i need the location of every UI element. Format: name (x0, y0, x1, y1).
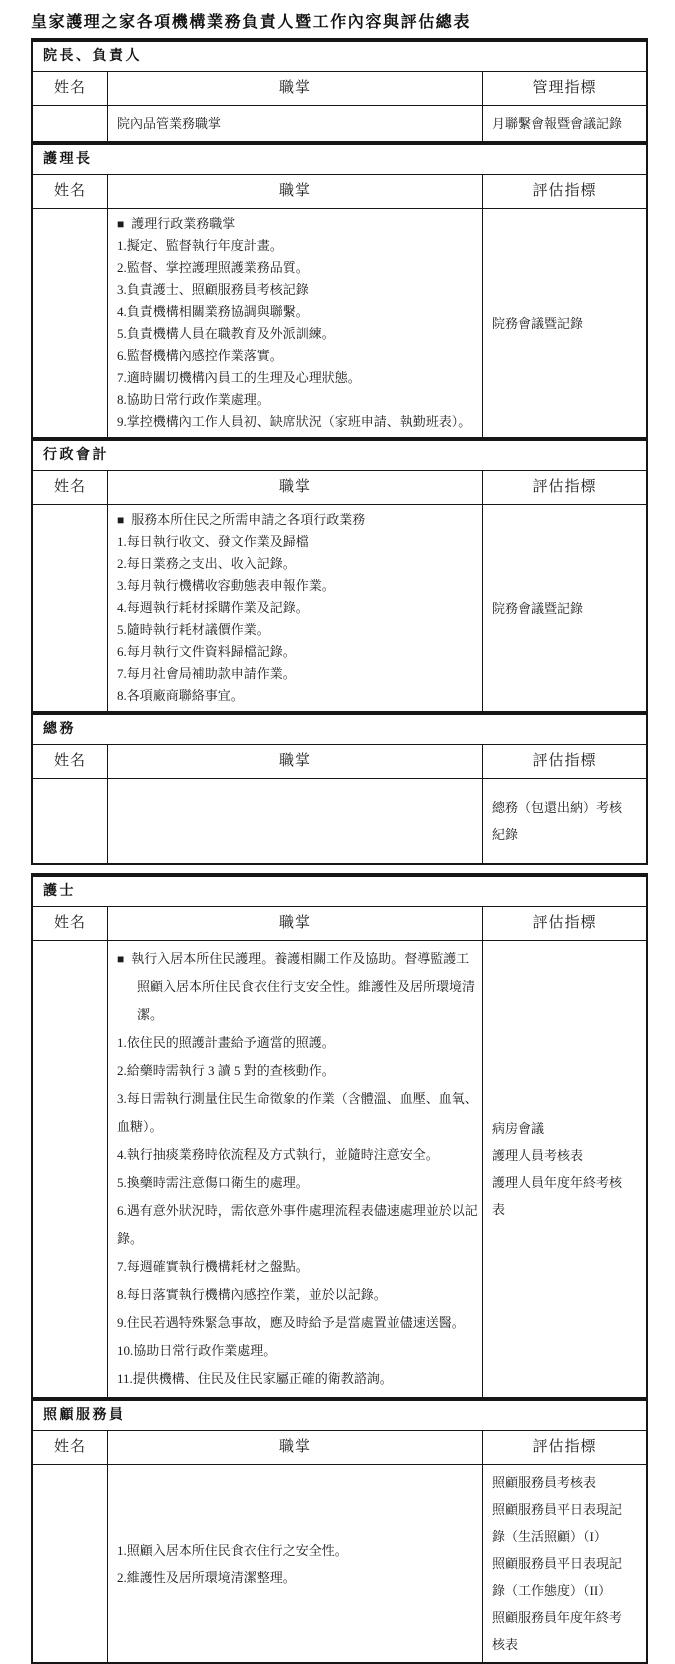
duty-lead-text: 服務本所住民之所需申請之各項行政業務 (131, 512, 365, 527)
duty-cell: ■護理行政業務職掌 1.擬定、監督執行年度計畫。2.監督、掌控護理照護業務品質。… (108, 209, 483, 437)
duty-lead: ■執行入居本所住民護理。養護相關工作及協助。督導監護工照顧入居本所住民食衣住行支… (117, 945, 480, 1029)
duty-item: 3.負責護士、照顧服務員考核記錄 (117, 279, 480, 301)
duty-item: 10.協助日常行政作業處理。 (117, 1337, 480, 1365)
duty-item: 6.每月執行文件資料歸檔記錄。 (117, 641, 480, 663)
table-row: ■執行入居本所住民護理。養護相關工作及協助。督導監護工照顧入居本所住民食衣住行支… (33, 941, 646, 1397)
duty-item: 8.各項廠商聯絡事宜。 (117, 685, 480, 707)
name-cell (33, 106, 108, 141)
section-general-affairs: 總務 姓名 職掌 評估指標 ■ 總務（包還出納）考核紀錄 (31, 711, 648, 865)
duty-item: 4.執行抽痰業務時依流程及方式執行，並隨時注意安全。 (117, 1141, 480, 1169)
metric-item: 月聯繫會報暨會議記錄 (492, 110, 632, 137)
section-title: 護理長 (33, 145, 646, 175)
header-name: 姓名 (33, 1431, 108, 1465)
bullet-square-icon: ■ (117, 952, 124, 966)
duty-item: 7.適時關切機構內員工的生理及心理狀態。 (117, 367, 480, 389)
duty-item: 3.每月執行機構收容動態表申報作業。 (117, 575, 480, 597)
duty-item: 4.每週執行耗材採購作業及記錄。 (117, 597, 480, 619)
duty-item: 2.維護性及居所環境清潔整理。 (117, 1564, 480, 1591)
metric-list: 院務會議暨記錄 (492, 310, 632, 337)
duty-item: 8.每日落實執行機構內感控作業，並於以記錄。 (117, 1281, 480, 1309)
section-title: 照顧服務員 (33, 1401, 646, 1431)
duty-item: 9.掌控機構內工作人員初、缺席狀況（家班申請、執勤班表）。 (117, 411, 480, 433)
duty-item: 6.遇有意外狀況時，需依意外事件處理流程表儘速處理並於以記錄。 (117, 1197, 480, 1253)
duty-cell: ■ (108, 779, 483, 863)
header-name: 姓名 (33, 72, 108, 106)
duty-cell: ■服務本所住民之所需申請之各項行政業務 1.每日執行收文、發文作業及歸檔2.每日… (108, 505, 483, 711)
duty-list: 院內品管業務職掌 (117, 112, 480, 136)
header-row: 姓名 職掌 管理指標 (33, 72, 646, 106)
duty-cell: ■ 院內品管業務職掌 (108, 106, 483, 141)
metric-item: 院務會議暨記錄 (492, 310, 632, 337)
header-metric: 管理指標 (483, 72, 646, 106)
section-title: 總務 (33, 715, 646, 745)
metric-list: 總務（包還出納）考核紀錄 (492, 794, 632, 848)
metric-cell: 院務會議暨記錄 (483, 505, 646, 711)
table-row: ■護理行政業務職掌 1.擬定、監督執行年度計畫。2.監督、掌控護理照護業務品質。… (33, 209, 646, 437)
duty-item: 4.負責機構相關業務協調與聯繫。 (117, 301, 480, 323)
metric-item: 照顧服務員平日表現記錄（生活照顧）（I） (492, 1496, 632, 1550)
duty-lead: ■護理行政業務職掌 (117, 213, 480, 235)
header-metric: 評估指標 (483, 907, 646, 941)
header-duty: 職掌 (108, 907, 483, 941)
duty-item: 2.每日業務之支出、收入記錄。 (117, 553, 480, 575)
header-name: 姓名 (33, 907, 108, 941)
header-name: 姓名 (33, 471, 108, 505)
header-row: 姓名 職掌 評估指標 (33, 745, 646, 779)
header-row: 姓名 職掌 評估指標 (33, 907, 646, 941)
section-director: 院長、負責人 姓名 職掌 管理指標 ■ 院內品管業務職掌 月聯繫會報暨會議記錄 (31, 38, 648, 141)
duty-item: 3.每日需執行測量住民生命徵象的作業（含體溫、血壓、血氧、血糖）。 (117, 1085, 480, 1141)
duty-item: 1.擬定、監督執行年度計畫。 (117, 235, 480, 257)
metric-list: 照顧服務員考核表照顧服務員平日表現記錄（生活照顧）（I）照顧服務員平日表現記錄（… (492, 1469, 632, 1658)
section-head-nurse: 護理長 姓名 職掌 評估指標 ■護理行政業務職掌 1.擬定、監督執行年度計畫。2… (31, 141, 648, 437)
metric-cell: 病房會議護理人員考核表護理人員年度年終考核表 (483, 941, 646, 1397)
document-page: 皇家護理之家各項機構業務負責人暨工作內容與評估總表 院長、負責人 姓名 職掌 管… (0, 0, 675, 1664)
header-duty: 職掌 (108, 1431, 483, 1465)
metric-item: 護理人員年度年終考核表 (492, 1169, 632, 1223)
duty-cell: ■執行入居本所住民護理。養護相關工作及協助。督導監護工照顧入居本所住民食衣住行支… (108, 941, 483, 1397)
duty-list: 1.擬定、監督執行年度計畫。2.監督、掌控護理照護業務品質。3.負責護士、照顧服… (117, 235, 480, 433)
duty-item: 7.每月社會局補助款申請作業。 (117, 663, 480, 685)
table-row: ■服務本所住民之所需申請之各項行政業務 1.每日執行收文、發文作業及歸檔2.每日… (33, 505, 646, 711)
metric-item: 照顧服務員平日表現記錄（工作態度）（II） (492, 1550, 632, 1604)
duty-item: 1.每日執行收文、發文作業及歸檔 (117, 531, 480, 553)
metric-item: 照顧服務員年度年終考核表 (492, 1604, 632, 1658)
duty-cell: ■ 1.照顧入居本所住民食衣住行之安全性。2.維護性及居所環境清潔整理。 (108, 1465, 483, 1662)
duty-list: 1.依住民的照護計畫給予適當的照護。2.給藥時需執行 3 讀 5 對的查核動作。… (117, 1029, 480, 1393)
metric-list: 月聯繫會報暨會議記錄 (492, 110, 632, 137)
metric-cell: 月聯繫會報暨會議記錄 (483, 106, 646, 141)
section-title: 行政會計 (33, 441, 646, 471)
header-duty: 職掌 (108, 745, 483, 779)
metric-cell: 總務（包還出納）考核紀錄 (483, 779, 646, 863)
duty-item: 11.提供機構、住民及住民家屬正確的衛教諮詢。 (117, 1365, 480, 1393)
duty-lead-text: 護理行政業務職掌 (131, 216, 235, 231)
metric-item: 院務會議暨記錄 (492, 595, 632, 622)
header-duty: 職掌 (108, 72, 483, 106)
header-metric: 評估指標 (483, 1431, 646, 1465)
table-row: ■ 總務（包還出納）考核紀錄 (33, 779, 646, 863)
metric-item: 護理人員考核表 (492, 1142, 632, 1169)
section-nurse: 護士 姓名 職掌 評估指標 ■執行入居本所住民護理。養護相關工作及協助。督導監護… (31, 873, 648, 1397)
duty-item: 1.照顧入居本所住民食衣住行之安全性。 (117, 1537, 480, 1564)
header-row: 姓名 職掌 評估指標 (33, 175, 646, 209)
bullet-square-icon: ■ (117, 513, 124, 527)
duty-list: 1.每日執行收文、發文作業及歸檔2.每日業務之支出、收入記錄。3.每月執行機構收… (117, 531, 480, 707)
metric-list: 病房會議護理人員考核表護理人員年度年終考核表 (492, 1115, 632, 1223)
duty-list: 1.照顧入居本所住民食衣住行之安全性。2.維護性及居所環境清潔整理。 (117, 1537, 480, 1591)
duty-item: 9.住民若遇特殊緊急事故，應及時給予是當處置並儘速送醫。 (117, 1309, 480, 1337)
header-row: 姓名 職掌 評估指標 (33, 471, 646, 505)
name-cell (33, 209, 108, 437)
header-name: 姓名 (33, 745, 108, 779)
summary-table: 院長、負責人 姓名 職掌 管理指標 ■ 院內品管業務職掌 月聯繫會報暨會議記錄 … (31, 38, 648, 1664)
header-duty: 職掌 (108, 471, 483, 505)
section-admin-accounting: 行政會計 姓名 職掌 評估指標 ■服務本所住民之所需申請之各項行政業務 1.每日… (31, 437, 648, 711)
header-metric: 評估指標 (483, 175, 646, 209)
metric-cell: 照顧服務員考核表照顧服務員平日表現記錄（生活照顧）（I）照顧服務員平日表現記錄（… (483, 1465, 646, 1662)
duty-item: 2.給藥時需執行 3 讀 5 對的查核動作。 (117, 1057, 480, 1085)
metric-item: 總務（包還出納）考核紀錄 (492, 794, 632, 848)
duty-item: 1.依住民的照護計畫給予適當的照護。 (117, 1029, 480, 1057)
duty-item: 7.每週確實執行機構耗材之盤點。 (117, 1253, 480, 1281)
header-duty: 職掌 (108, 175, 483, 209)
table-row: ■ 院內品管業務職掌 月聯繫會報暨會議記錄 (33, 106, 646, 141)
section-care-attendant: 照顧服務員 姓名 職掌 評估指標 ■ 1.照顧入居本所住民食衣住行之安全性。2.… (31, 1397, 648, 1664)
duty-item: 5.隨時執行耗材議價作業。 (117, 619, 480, 641)
section-title: 護士 (33, 877, 646, 907)
header-metric: 評估指標 (483, 471, 646, 505)
page-title: 皇家護理之家各項機構業務負責人暨工作內容與評估總表 (0, 0, 675, 38)
metric-list: 院務會議暨記錄 (492, 595, 632, 622)
header-row: 姓名 職掌 評估指標 (33, 1431, 646, 1465)
header-metric: 評估指標 (483, 745, 646, 779)
section-title: 院長、負責人 (33, 42, 646, 72)
name-cell (33, 941, 108, 1397)
duty-lead-text: 執行入居本所住民護理。養護相關工作及協助。督導監護工照顧入居本所住民食衣住行支安… (131, 951, 475, 1022)
name-cell (33, 1465, 108, 1662)
duty-item: 2.監督、掌控護理照護業務品質。 (117, 257, 480, 279)
table-row: ■ 1.照顧入居本所住民食衣住行之安全性。2.維護性及居所環境清潔整理。 照顧服… (33, 1465, 646, 1662)
duty-item: 6.監督機構內感控作業落實。 (117, 345, 480, 367)
duty-lead: ■服務本所住民之所需申請之各項行政業務 (117, 509, 480, 531)
name-cell (33, 505, 108, 711)
duty-item: 5.換藥時需注意傷口衛生的處理。 (117, 1169, 480, 1197)
duty-item: 5.負責機構人員在職教育及外派訓練。 (117, 323, 480, 345)
name-cell (33, 779, 108, 863)
metric-item: 照顧服務員考核表 (492, 1469, 632, 1496)
header-name: 姓名 (33, 175, 108, 209)
metric-cell: 院務會議暨記錄 (483, 209, 646, 437)
duty-item: 院內品管業務職掌 (117, 112, 480, 136)
duty-item: 8.協助日常行政作業處理。 (117, 389, 480, 411)
metric-item: 病房會議 (492, 1115, 632, 1142)
bullet-square-icon: ■ (117, 217, 124, 231)
